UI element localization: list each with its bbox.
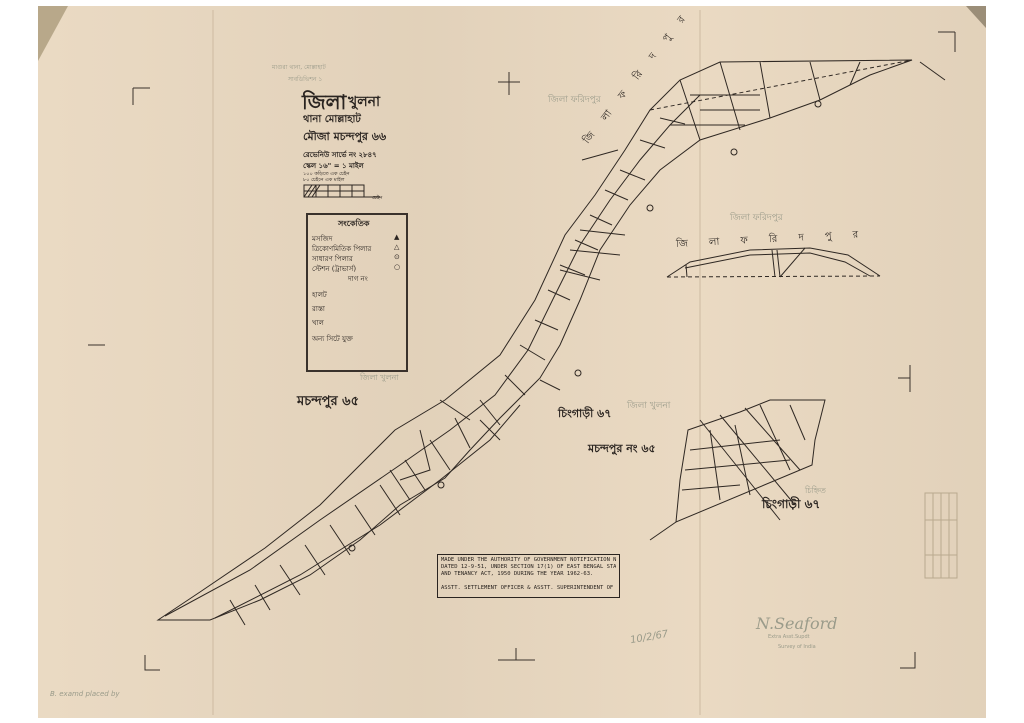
stamp-line-2: DATED 12-9-51, UNDER SECTION 17(1) OF EA… [441,564,616,571]
thana-name: থানা মোল্লাহাট [303,112,361,129]
signature-title-1: Extra Asst.Supdt [768,634,810,640]
village-label-chingagari-1: চিংগাড়ী ৬৭ [558,405,611,424]
faridpur-top-label: জিলা ফরিদপুর [548,92,601,107]
mouza-name: মৌজা মচন্দপুর ৬৬ [303,128,386,147]
diagonal-scale-grid [925,493,957,578]
triangulation-pillar-icon: △ [394,243,399,251]
legend-title: সংকেতিক [338,218,369,231]
authority-stamp: MADE UNDER THE AUTHORITY OF GOVERNMENT N… [437,554,620,598]
scale-bar-label: চেইন [372,195,382,203]
scale-bar [304,185,380,197]
traverse-station-icon: ○ [394,263,400,271]
stamp-line-3: AND TENANCY ACT, 1950 DURING THE YEAR 19… [441,571,616,578]
stamp-line-5: ASSTT. SETTLEMENT OFFICER & ASSTT. SUPER… [441,585,616,592]
legend-row-plot-number: দাগ নং [348,273,368,285]
village-label-machandpur: মচন্দপুর ৬৫ [297,392,359,413]
legend-row-road: রাস্তা [312,303,325,315]
faint-note-1: মাগুরা থানা, মোল্লাহাট [272,62,326,73]
legend-row-other-sheet: অন্য সিটে যুক্ত [312,333,353,345]
signature-title-2: Survey of India [778,644,816,650]
pencil-note-left: B. examd placed by [50,690,120,698]
village-strip-machandpur [158,60,912,625]
faridpur-inset-label: জিলা ফরিদপুর [730,210,783,225]
legend-row-canal: খাল [312,317,324,329]
village-label-machandpur-no: মচন্দপুর নং ৬৫ [588,440,656,459]
scale-note-2: ৮০ চেইনে এক মাইল [303,177,344,185]
legend-row-halot: হালট [312,289,327,301]
common-pillar-icon: ⊙ [394,253,400,261]
inset-chingagari-block [650,400,825,540]
legend-box: সংকেতিক মসজিদ▲ ত্রিকোণমিতিক পিলার△ সাধার… [306,213,408,372]
district-name: খুলনা [348,90,380,114]
faint-khulna-label-2: জিলা খুলনা [627,398,670,413]
faint-khulna-label-1: জিলা খুলনা [360,372,399,385]
mosque-icon: ▲ [394,233,399,241]
village-label-chingagari-2: চিংগাড়ী ৬৭ [762,496,820,516]
stamp-signature-space [441,578,616,585]
stamp-line-1: MADE UNDER THE AUTHORITY OF GOVERNMENT N… [441,557,616,564]
signature-seaford: N.Seaford [756,614,837,633]
map-drawing [0,0,1024,723]
faint-note-2: সাবডিভিশন ১ [288,74,322,85]
